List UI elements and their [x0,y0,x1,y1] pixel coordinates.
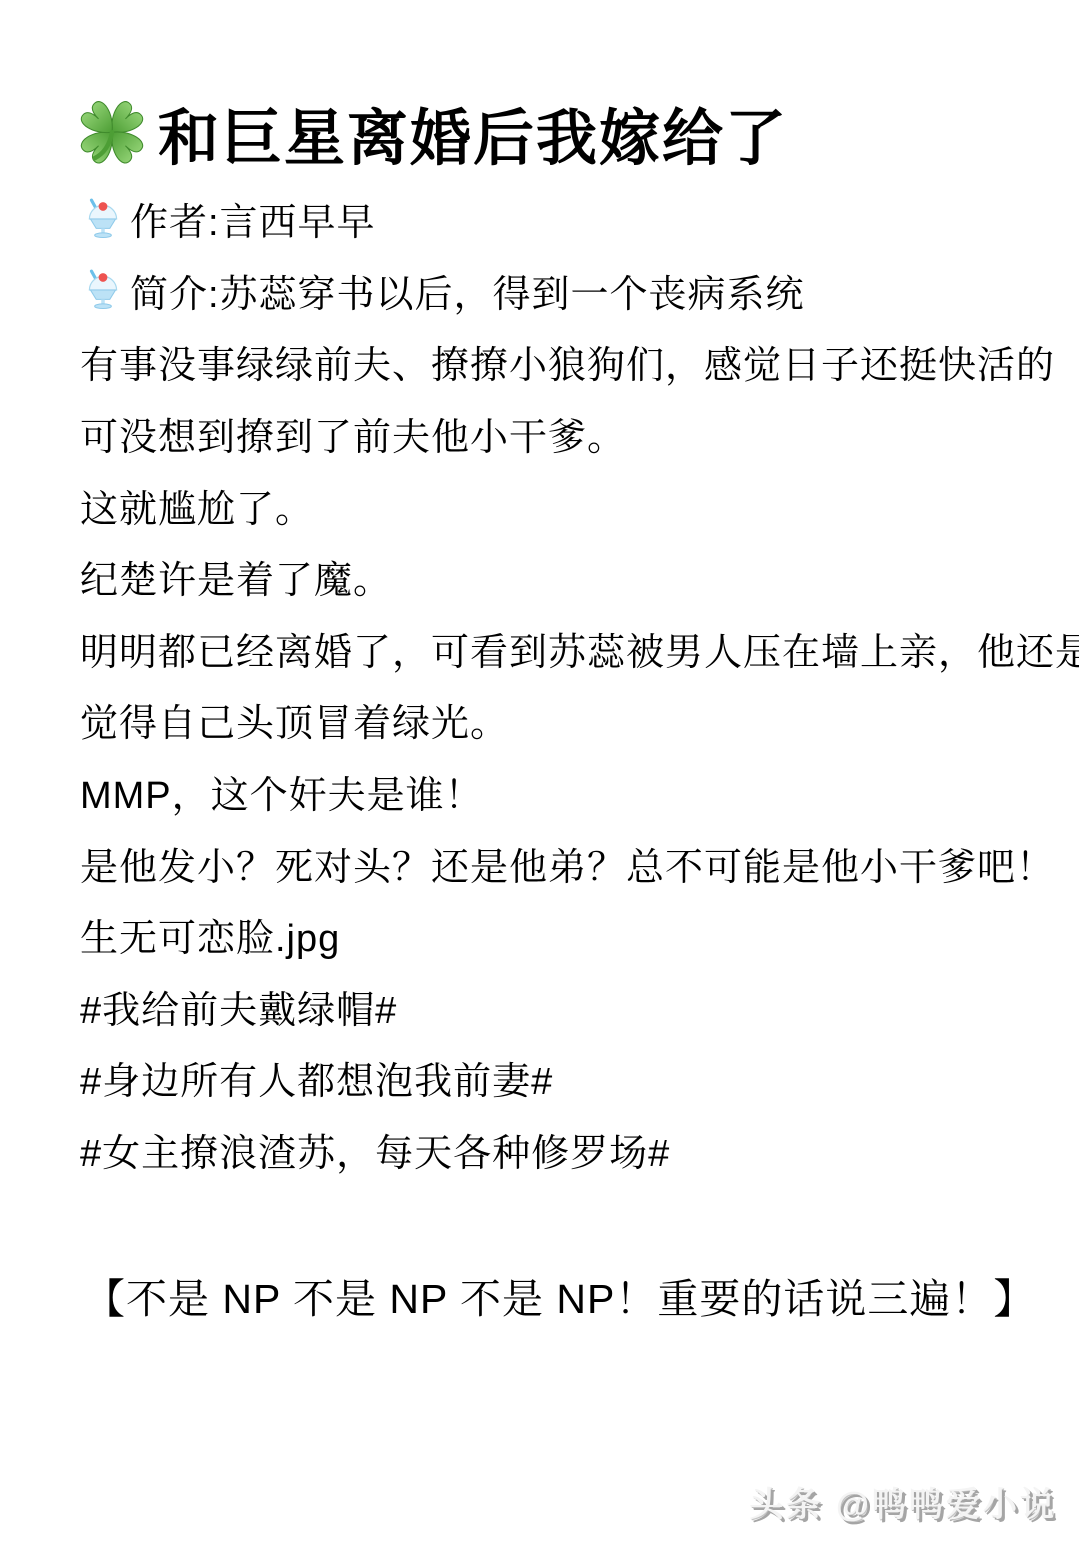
page-title: 和巨星离婚后我嫁给了 [74,90,788,177]
body-line: 有事没事绿绿前夫、撩撩小狼狗们，感觉日子还挺快活的 [80,326,1069,398]
body-line: #我给前夫戴绿帽# [80,971,1069,1043]
body-line: 纪楚许是着了魔。 [80,541,1069,613]
author-text: 作者:言西早早 [130,191,376,246]
body-line: 可没想到撩到了前夫他小干爹。 [80,398,1069,470]
shaved-ice-icon [80,196,130,242]
shaved-ice-icon [80,267,130,313]
four-leaf-clover-icon [74,96,150,172]
meta-line-author: 作者:言西早早 [80,183,1069,255]
content: 作者:言西早早 简介:苏蕊穿书以后，得到一个丧病系统 有事没事绿绿前夫、撩撩小狼… [80,183,1069,1185]
title-text: 和巨星离婚后我嫁给了 [158,90,788,177]
body-line: 生无可恋脸.jpg [80,899,1069,971]
not-np-note: 【不是 NP 不是 NP 不是 NP！重要的话说三遍！】 [84,1266,1035,1325]
novel-intro-page: 和巨星离婚后我嫁给了 作者:言西早早 [0,0,1079,1548]
body-line: #身边所有人都想泡我前妻# [80,1042,1069,1114]
synopsis-text: 简介:苏蕊穿书以后，得到一个丧病系统 [130,263,805,318]
body-line: 明明都已经离婚了，可看到苏蕊被男人压在墙上亲，他还是 [80,613,1069,685]
meta-line-synopsis: 简介:苏蕊穿书以后，得到一个丧病系统 [80,255,1069,327]
body-line: MMP，这个奸夫是谁！ [80,756,1069,828]
toutiao-watermark: 头条 @鸭鸭爱小说 [749,1477,1057,1526]
body-line: 是他发小？死对头？还是他弟？总不可能是他小干爹吧！ [80,827,1069,899]
body-line: 这就尴尬了。 [80,469,1069,541]
body-line: #女主撩浪渣苏，每天各种修罗场# [80,1114,1069,1186]
body-line: 觉得自己头顶冒着绿光。 [80,684,1069,756]
